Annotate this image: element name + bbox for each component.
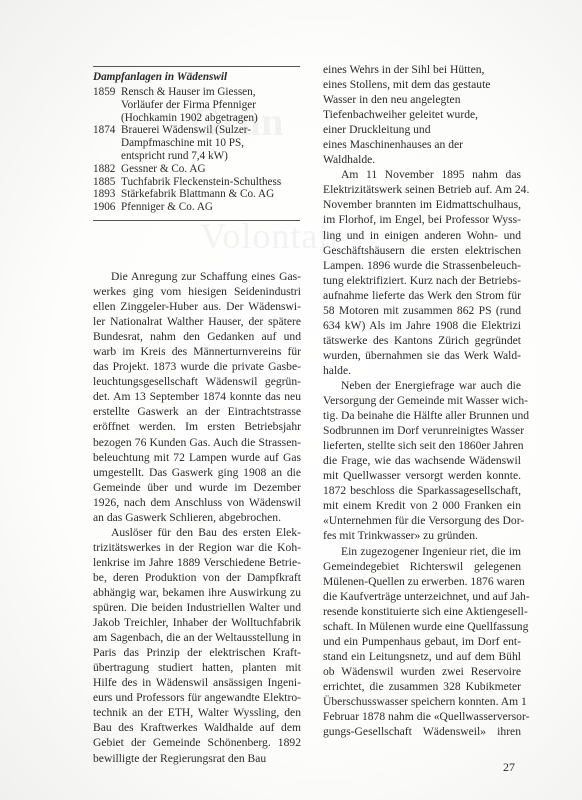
entry-year: 1893 — [93, 188, 121, 201]
text-line: Bundesrat, nahm den Gedanken auf und — [93, 329, 301, 344]
entry-description: Rensch & Hauser im Giessen,Vorläufer der… — [121, 86, 300, 124]
entry-description: Tuchfabrik Fleckenstein-Schulthess — [121, 176, 300, 189]
text-line: resende konstituierte sich eine Aktienge… — [323, 604, 521, 619]
text-line: bezogen 76 Kunden Gas. Auch die Strassen… — [93, 435, 301, 450]
sidebar-box-entry: 1859Rensch & Hauser im Giessen,Vorläufer… — [93, 86, 300, 124]
text-line: Wasser in den neu angelegten — [323, 92, 521, 107]
text-line: Geschäftshäusern die ersten elektrischen — [323, 243, 521, 258]
text-line: Hilfe des in Wädenswil ansässigen Ingeni… — [93, 675, 301, 690]
text-line: lieferten, stellte sich seit den 1860er … — [323, 438, 521, 453]
entry-line: Gessner & Co. AG — [121, 163, 300, 176]
text-line: ob Wädenswil wurden zwei Reservoire — [323, 664, 521, 679]
text-line: spüren. Die beiden Industriellen Walter … — [93, 600, 301, 615]
text-line: abhängig war, bekamen ihre Auswirkung zu — [93, 585, 301, 600]
left-column-body: Die Anregung zur Schaffung eines Gas-wer… — [93, 269, 301, 766]
sidebar-box-entry: 1906Pfenniger & Co. AG — [93, 201, 300, 214]
entry-line: Vorläufer der Firma Pfenniger — [121, 99, 300, 112]
entry-year: 1859 — [93, 86, 121, 124]
sidebar-box-entry: 1885Tuchfabrik Fleckenstein-Schulthess — [93, 176, 300, 189]
text-line: Elektrizitätswerk seinen Betrieb auf. Am… — [323, 182, 521, 197]
text-line: übertragung studiert hatten, planten mit — [93, 660, 301, 675]
sidebar-box-steam-plants: Dampfanlagen in Wädenswil 1859Rensch & H… — [93, 66, 300, 221]
text-line: beleuchtung mit 72 Lampen wurde auf Gas — [93, 450, 301, 465]
sidebar-box-entry: 1874Brauerei Wädenswil (Sulzer-Dampfmasc… — [93, 124, 300, 162]
text-line: Gebiet der Gemeinde Schönenberg. 1892 — [93, 735, 301, 750]
text-line: einer Druckleitung und — [323, 122, 521, 137]
text-line: Bau des Kraftwerkes Waldhalde auf dem — [93, 720, 301, 735]
text-line: ling und in einigen anderen Wohn- und — [323, 228, 521, 243]
text-line: Tiefenbachweiher geleitet wurde, — [323, 107, 521, 122]
text-line: Paris das Prinzip der elektrischen Kraft… — [93, 645, 301, 660]
text-line: mit einem Kredit von 2 000 Franken ein — [323, 498, 521, 513]
text-line: eines Maschinenhauses an der — [323, 137, 521, 152]
entry-year: 1906 — [93, 201, 121, 214]
text-line: Ein zugezogener Ingenieur riet, die im — [323, 544, 521, 559]
text-line: trizitätswerkes in der Region war die Ko… — [93, 540, 301, 555]
text-line: erstellte Gaswerk an der Eintrachtstrass… — [93, 404, 301, 419]
entry-line: Brauerei Wädenswil (Sulzer- — [121, 124, 300, 137]
text-line: 58 Motoren mit zusammen 862 PS (rund — [323, 303, 521, 318]
entry-description: Stärkefabrik Blattmann & Co. AG — [121, 188, 300, 201]
text-line: an das Gaswerk Schlieren, abgebrochen. — [93, 510, 301, 525]
text-line: Lampen. 1896 wurde die Strassenbeleuch- — [323, 258, 521, 273]
entry-year: 1885 — [93, 176, 121, 189]
entry-line: Rensch & Hauser im Giessen, — [121, 86, 300, 99]
text-line: Jakob Treichler, Inhaber der Wolltuchfab… — [93, 615, 301, 630]
sidebar-box-entries: 1859Rensch & Hauser im Giessen,Vorläufer… — [93, 86, 300, 214]
text-line: tig. Da beinahe die Hälfte aller Brunnen… — [323, 408, 521, 423]
text-line: Waldhalde. — [323, 152, 521, 167]
text-line: eines Stollens, mit dem das gestaute — [323, 77, 521, 92]
text-line: Gemeindegebiet Richterswil gelegenen — [323, 559, 521, 574]
document-page: Grün Volontair Dampfanlagen in Wädenswil… — [0, 0, 582, 800]
text-line: gungs-Gesellschaft Wädensweil» ihren — [323, 724, 521, 739]
text-line: 1926, nach dem Anschluss von Wädenswil — [93, 495, 301, 510]
text-line: stand ein Leitungsnetz, und auf dem Bühl — [323, 649, 521, 664]
text-line: lenkrise im Jahre 1889 Verschiedene Betr… — [93, 555, 301, 570]
text-line: Februar 1878 nahm die «Quellwasserversor… — [323, 709, 521, 724]
show-through-text-2: Volontair — [200, 215, 342, 257]
text-line: be, deren Produktion von der Dampfkraft — [93, 570, 301, 585]
text-line: eröffnet werden. Im ersten Betriebsjahr — [93, 419, 301, 434]
text-line: 1872 beschloss die Sparkassagesellschaft… — [323, 483, 521, 498]
text-line: det. Am 13 September 1874 konnte das neu — [93, 389, 301, 404]
right-column-body: eines Wehrs in der Sihl bei Hütten,eines… — [323, 62, 521, 739]
text-line: November brannten im Eidmattschulhaus, — [323, 197, 521, 212]
text-line: bewilligte der Regierungsrat den Bau — [93, 751, 301, 766]
entry-line: Stärkefabrik Blattmann & Co. AG — [121, 188, 300, 201]
sidebar-box-entry: 1882Gessner & Co. AG — [93, 163, 300, 176]
entry-description: Brauerei Wädenswil (Sulzer-Dampfmaschine… — [121, 124, 300, 162]
text-line: werkes ging vom hiesigen Seidenindustri — [93, 284, 301, 299]
text-line: aufnahme lieferte das Werk den Strom für — [323, 288, 521, 303]
text-line: die Frage, wie das wachsende Wädenswil — [323, 453, 521, 468]
entry-line: Dampfmaschine mit 10 PS, — [121, 137, 300, 150]
entry-year: 1882 — [93, 163, 121, 176]
entry-line: Tuchfabrik Fleckenstein-Schulthess — [121, 176, 300, 189]
text-line: tung elektrifiziert. Kurz nach der Betri… — [323, 273, 521, 288]
text-line: wurden, übernahmen sie das Werk Wald- — [323, 348, 521, 363]
text-line: warb im Kreis des Männerturnvereins für — [93, 344, 301, 359]
text-line: Mülenen-Quellen zu erwerben. 1876 waren — [323, 574, 521, 589]
text-line: Gemeinde über und wurde im Dezember — [93, 480, 301, 495]
text-line: umgestellt. Das Gaswerk ging 1908 an die — [93, 465, 301, 480]
text-line: tätswerke des Kantons Zürich gegründet — [323, 333, 521, 348]
text-line: im Florhof, im Engel, bei Professor Wyss… — [323, 212, 521, 227]
entry-year: 1874 — [93, 124, 121, 162]
text-line: Die Anregung zur Schaffung eines Gas- — [93, 269, 301, 284]
entry-line: (Hochkamin 1902 abgetragen) — [121, 112, 300, 125]
entry-description: Gessner & Co. AG — [121, 163, 300, 176]
text-line: halde. — [323, 363, 521, 378]
text-line: und ein Pumpenhaus gebaut, im Dorf ent- — [323, 634, 521, 649]
text-line: «Unternehmen für die Versorgung des Dor- — [323, 513, 521, 528]
text-line: mit Quellwasser versorgt werden konnte. — [323, 468, 521, 483]
text-line: technik an der ETH, Walter Wyssling, den — [93, 705, 301, 720]
sidebar-box-entry: 1893Stärkefabrik Blattmann & Co. AG — [93, 188, 300, 201]
text-line: ler Nationalrat Walther Hauser, der spät… — [93, 314, 301, 329]
text-line: Versorgung der Gemeinde mit Wasser wich- — [323, 393, 521, 408]
text-line: fes mit Trinkwasser» zu gründen. — [323, 528, 521, 543]
text-line: am Sagenbach, die an der Weltausstellung… — [93, 630, 301, 645]
text-line: leuchtungsgesellschaft Wädenswil gegrün- — [93, 374, 301, 389]
text-line: Überschusswasser speichern konnten. Am 1 — [323, 694, 521, 709]
text-line: eines Wehrs in der Sihl bei Hütten, — [323, 62, 521, 77]
text-line: die Kaufverträge unterzeichnet, und auf … — [323, 589, 521, 604]
text-line: das Projekt. 1873 wurde die private Gasb… — [93, 359, 301, 374]
sidebar-box-title: Dampfanlagen in Wädenswil — [93, 70, 300, 85]
text-line: schaft. In Mülenen wurde eine Quellfassu… — [323, 619, 521, 634]
text-line: eurs und Professors für angewandte Elekt… — [93, 690, 301, 705]
text-line: Am 11 November 1895 nahm das — [323, 167, 521, 182]
text-line: errichtet, die zusammen 328 Kubikmeter — [323, 679, 521, 694]
text-line: 634 kW) Als im Jahre 1908 die Elektrizi — [323, 318, 521, 333]
entry-line: entspricht rund 7,4 kW) — [121, 150, 300, 163]
entry-line: Pfenniger & Co. AG — [121, 201, 300, 214]
entry-description: Pfenniger & Co. AG — [121, 201, 300, 214]
text-line: Neben der Energiefrage war auch die — [323, 378, 521, 393]
text-line: Sodbrunnen im Dorf verunreinigtes Wasser — [323, 423, 521, 438]
page-number: 27 — [503, 760, 515, 775]
text-line: ellen Zinggeler-Huber aus. Der Wädenswi- — [93, 299, 301, 314]
text-line: Auslöser für den Bau des ersten Elek- — [93, 525, 301, 540]
